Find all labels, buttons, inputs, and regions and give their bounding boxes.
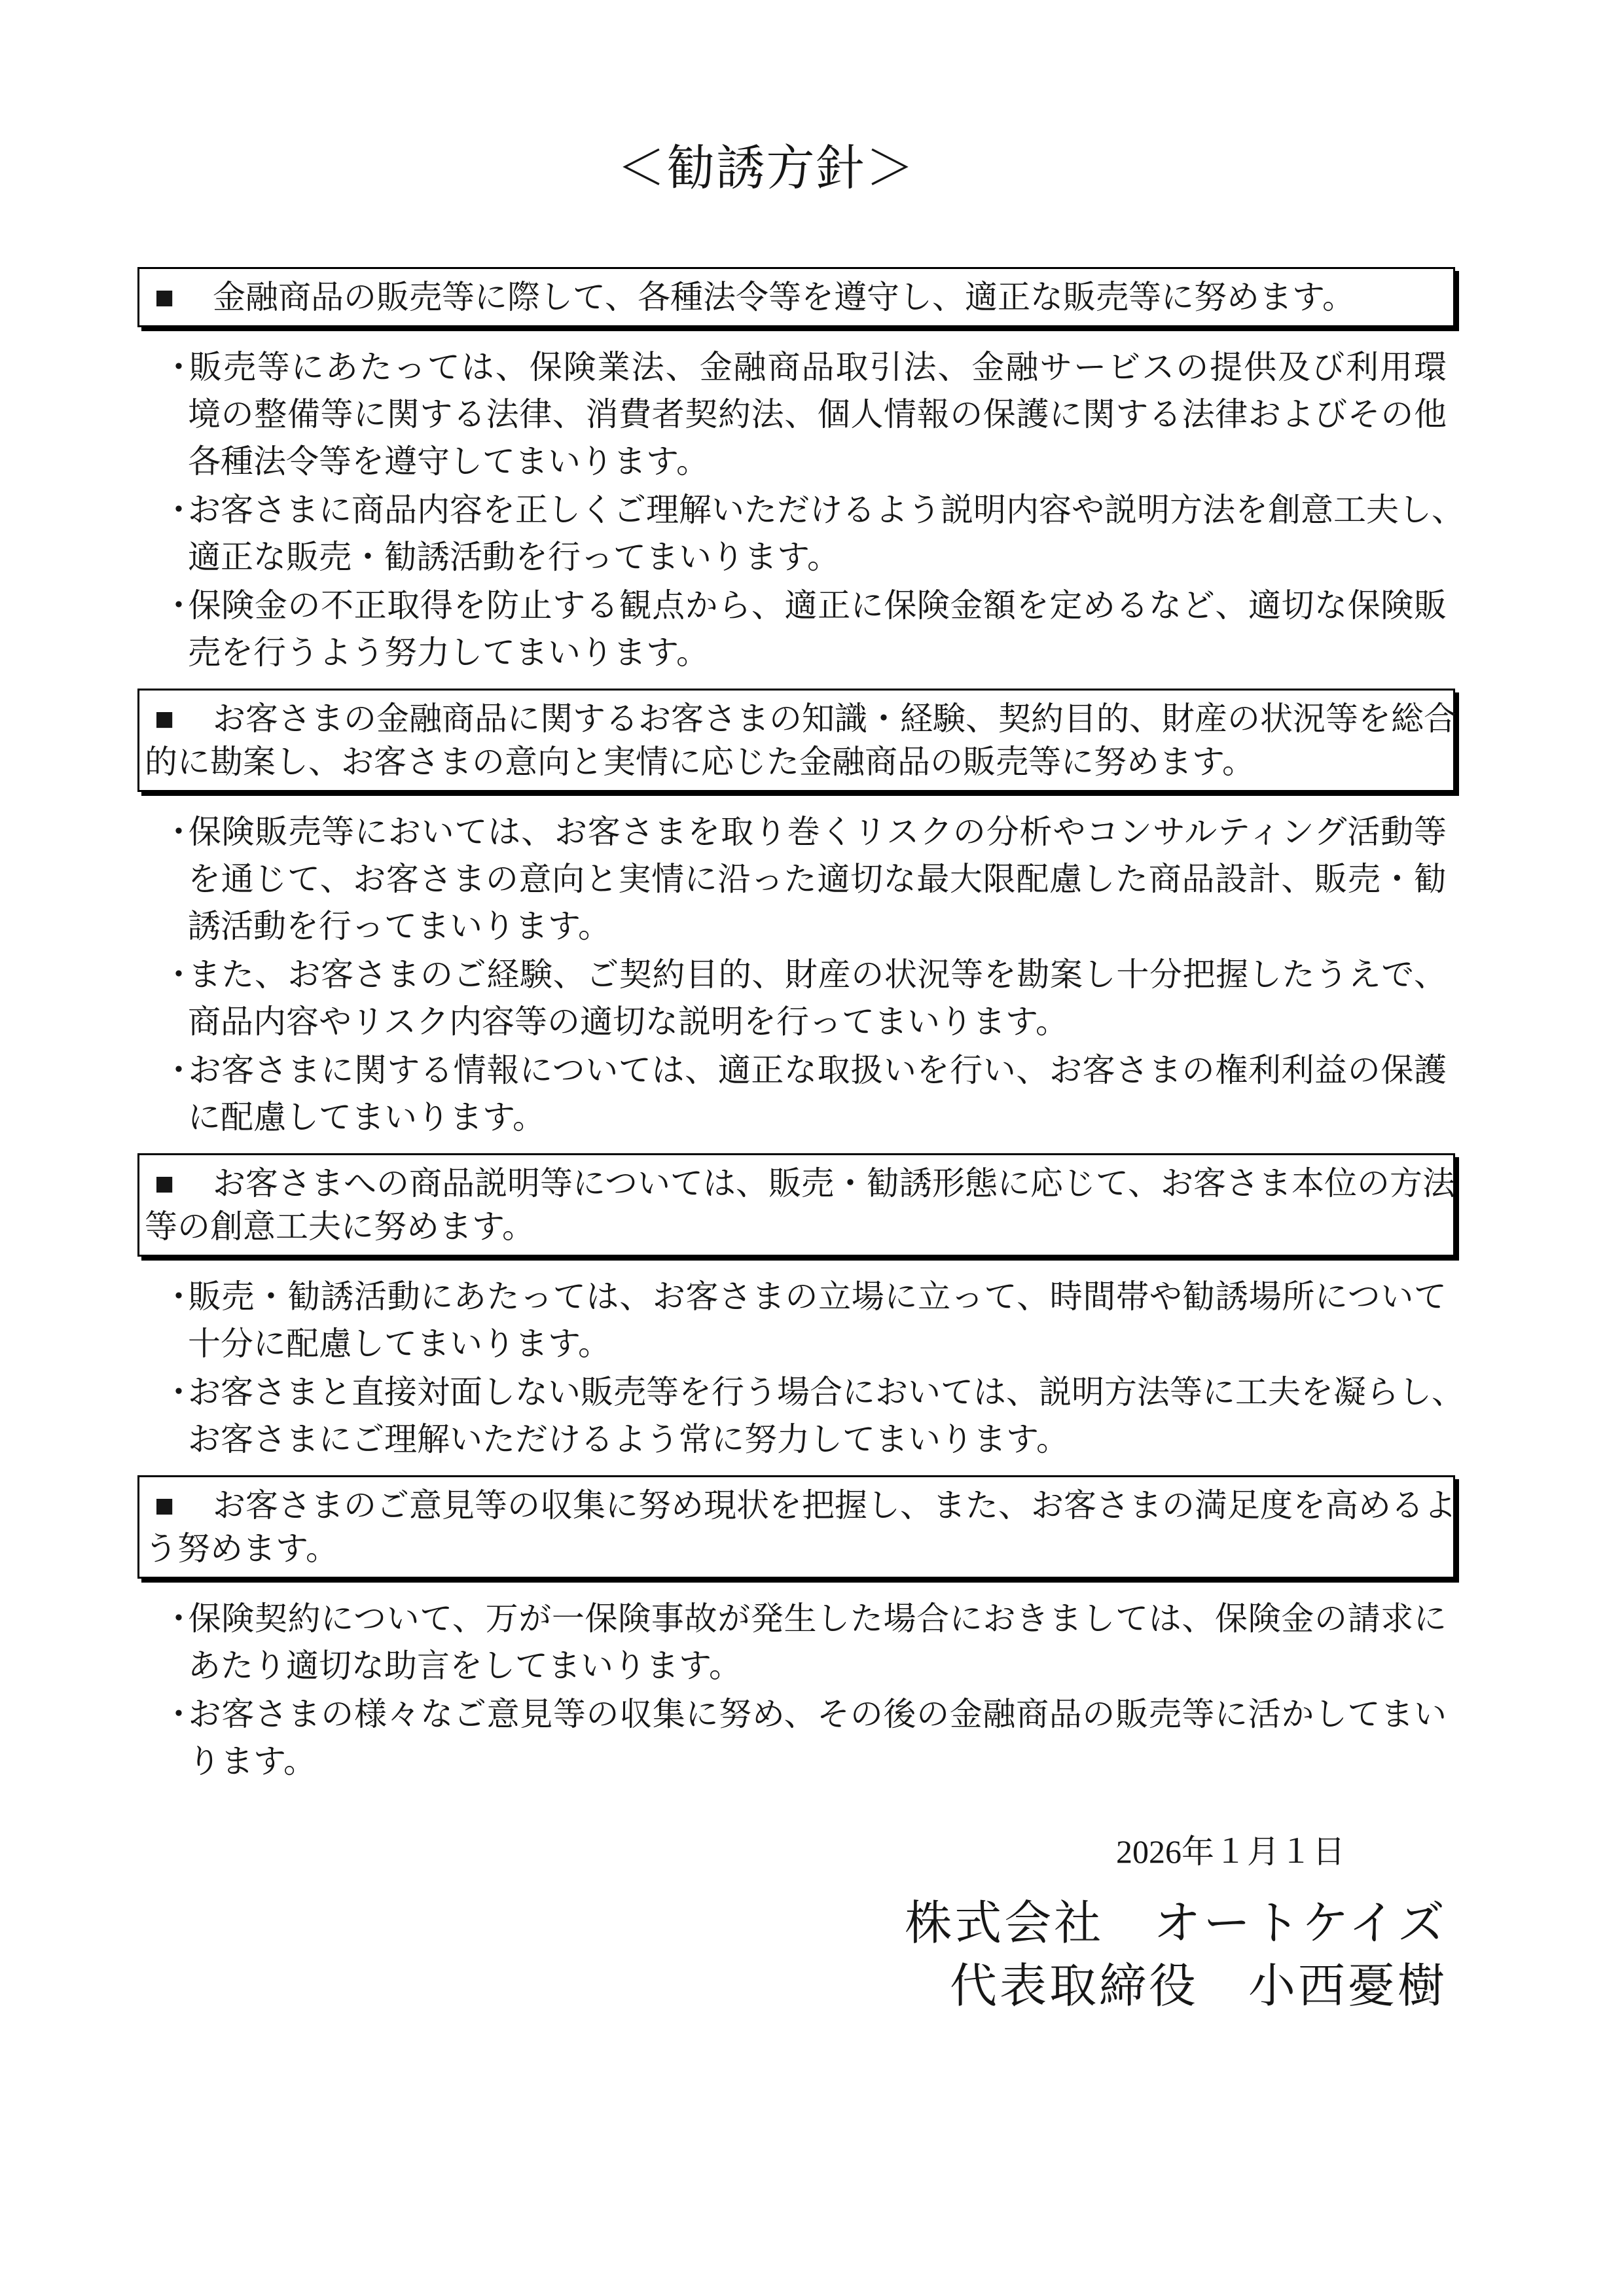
section-heading-line: う努めます。 [145, 1527, 1448, 1570]
sections: ■金融商品の販売等に際して、各種法令等を遵守し、適正な販売等に努めます。・販売等… [0, 267, 1624, 1785]
policy-bullet-item: ・保険販売等においては、お客さまを取り巻くリスクの分析やコンサルティング活動等を… [162, 808, 1447, 950]
text-line: ・保険契約について、万が一保険事故が発生した場合におきましては、保険金の請求に [162, 1595, 1447, 1642]
text-line: あたり適切な助言をしてまいります。 [162, 1642, 1447, 1689]
policy-section-box: ■お客さまへの商品説明等については、販売・勧誘形態に応じて、お客さま本位の方法等… [137, 1153, 1455, 1257]
dot-bullet-icon: ・ [162, 951, 188, 998]
section-heading-line: ■お客さまのご意見等の収集に努め現状を把握し、また、お客さまの満足度を高めるよ [145, 1484, 1448, 1527]
text-line: に配慮してまいります。 [162, 1094, 1447, 1141]
policy-bullet-item: ・保険契約について、万が一保険事故が発生した場合におきましては、保険金の請求にあ… [162, 1595, 1447, 1689]
dot-bullet-icon: ・ [162, 486, 188, 533]
text-line: ります。 [162, 1738, 1447, 1785]
policy-section-box: ■金融商品の販売等に際して、各種法令等を遵守し、適正な販売等に努めます。 [137, 267, 1455, 327]
text-line: 売を行うよう努力してまいります。 [162, 629, 1447, 676]
policy-bullet-item: ・販売等にあたっては、保険業法、金融商品取引法、金融サービスの提供及び利用環境の… [162, 344, 1447, 485]
date-line: 2026年１月１日 [0, 1825, 1624, 1873]
text-line: ・お客さまに商品内容を正しくご理解いただけるよう説明内容や説明方法を創意工夫し、 [162, 486, 1447, 533]
dot-bullet-icon: ・ [162, 344, 188, 391]
policy-bullet-item: ・お客さまの様々なご意見等の収集に努め、その後の金融商品の販売等に活かしてまいり… [162, 1691, 1447, 1785]
policy-bullet-item: ・販売・勧誘活動にあたっては、お客さまの立場に立って、時間帯や勧誘場所について十… [162, 1273, 1447, 1367]
company-name: 株式会社 オートケイズ [0, 1892, 1624, 1955]
square-bullet-icon: ■ [145, 697, 213, 740]
text-line: ・販売・勧誘活動にあたっては、お客さまの立場に立って、時間帯や勧誘場所について [162, 1273, 1447, 1320]
section-heading-line: 等の創意工夫に努めます。 [145, 1205, 1448, 1248]
bullet-group: ・販売等にあたっては、保険業法、金融商品取引法、金融サービスの提供及び利用環境の… [162, 344, 1447, 676]
policy-section-box: ■お客さまのご意見等の収集に努め現状を把握し、また、お客さまの満足度を高めるよう… [137, 1475, 1455, 1579]
text-line: ・保険金の不正取得を防止する観点から、適正に保険金額を定めるなど、適切な保険販 [162, 582, 1447, 629]
section-heading-line: 的に勘案し、お客さまの意向と実情に応じた金融商品の販売等に努めます。 [145, 740, 1448, 783]
text-line: ・お客さまに関する情報については、適正な取扱いを行い、お客さまの権利利益の保護 [162, 1047, 1447, 1094]
dot-bullet-icon: ・ [162, 1691, 188, 1738]
text-line: 適正な販売・勧誘活動を行ってまいります。 [162, 533, 1447, 581]
text-line: ・また、お客さまのご経験、ご契約目的、財産の状況等を勘案し十分把握したうえで、 [162, 951, 1447, 998]
policy-bullet-item: ・お客さまと直接対面しない販売等を行う場合においては、説明方法等に工夫を凝らし、… [162, 1369, 1447, 1463]
square-bullet-icon: ■ [145, 1162, 213, 1205]
section-heading-line: ■お客さまへの商品説明等については、販売・勧誘形態に応じて、お客さま本位の方法 [145, 1162, 1448, 1205]
dot-bullet-icon: ・ [162, 1273, 188, 1320]
page-title: ＜勧誘方針＞ [0, 0, 1578, 199]
dot-bullet-icon: ・ [162, 1047, 188, 1094]
text-line: ・販売等にあたっては、保険業法、金融商品取引法、金融サービスの提供及び利用環 [162, 344, 1447, 391]
text-line: を通じて、お客さまの意向と実情に沿った適切な最大限配慮した商品設計、販売・勧 [162, 855, 1447, 903]
square-bullet-icon: ■ [145, 1484, 213, 1527]
section-heading-line: ■金融商品の販売等に際して、各種法令等を遵守し、適正な販売等に努めます。 [145, 276, 1448, 319]
text-line: 境の整備等に関する法律、消費者契約法、個人情報の保護に関する法律およびその他 [162, 391, 1447, 438]
dot-bullet-icon: ・ [162, 582, 188, 629]
text-line: ・お客さまの様々なご意見等の収集に努め、その後の金融商品の販売等に活かしてまい [162, 1691, 1447, 1738]
text-line: 商品内容やリスク内容等の適切な説明を行ってまいります。 [162, 998, 1447, 1045]
policy-bullet-item: ・お客さまに商品内容を正しくご理解いただけるよう説明内容や説明方法を創意工夫し、… [162, 486, 1447, 581]
signature-block: 2026年１月１日 株式会社 オートケイズ 代表取締役 小西憂樹 [0, 1825, 1624, 2018]
policy-bullet-item: ・保険金の不正取得を防止する観点から、適正に保険金額を定めるなど、適切な保険販売… [162, 582, 1447, 676]
dot-bullet-icon: ・ [162, 1369, 188, 1416]
policy-bullet-item: ・お客さまに関する情報については、適正な取扱いを行い、お客さまの権利利益の保護に… [162, 1047, 1447, 1141]
bullet-group: ・販売・勧誘活動にあたっては、お客さまの立場に立って、時間帯や勧誘場所について十… [162, 1273, 1447, 1463]
text-line: ・お客さまと直接対面しない販売等を行う場合においては、説明方法等に工夫を凝らし、 [162, 1369, 1447, 1416]
bullet-group: ・保険契約について、万が一保険事故が発生した場合におきましては、保険金の請求にあ… [162, 1595, 1447, 1785]
bullet-group: ・保険販売等においては、お客さまを取り巻くリスクの分析やコンサルティング活動等を… [162, 808, 1447, 1141]
policy-section-box: ■お客さまの金融商品に関するお客さまの知識・経験、契約目的、財産の状況等を総合的… [137, 689, 1455, 792]
text-line: 各種法令等を遵守してまいります。 [162, 438, 1447, 485]
text-line: お客さまにご理解いただけるよう常に努力してまいります。 [162, 1416, 1447, 1463]
dot-bullet-icon: ・ [162, 808, 188, 855]
text-line: 誘活動を行ってまいります。 [162, 903, 1447, 950]
policy-bullet-item: ・また、お客さまのご経験、ご契約目的、財産の状況等を勘案し十分把握したうえで、商… [162, 951, 1447, 1045]
text-line: ・保険販売等においては、お客さまを取り巻くリスクの分析やコンサルティング活動等 [162, 808, 1447, 855]
dot-bullet-icon: ・ [162, 1595, 188, 1642]
representative-name: 代表取締役 小西憂樹 [0, 1955, 1624, 2018]
text-line: 十分に配慮してまいります。 [162, 1320, 1447, 1367]
policy-document-page: ＜勧誘方針＞ ■金融商品の販売等に際して、各種法令等を遵守し、適正な販売等に努め… [0, 0, 1624, 2296]
section-heading-line: ■お客さまの金融商品に関するお客さまの知識・経験、契約目的、財産の状況等を総合 [145, 697, 1448, 740]
square-bullet-icon: ■ [145, 276, 213, 319]
